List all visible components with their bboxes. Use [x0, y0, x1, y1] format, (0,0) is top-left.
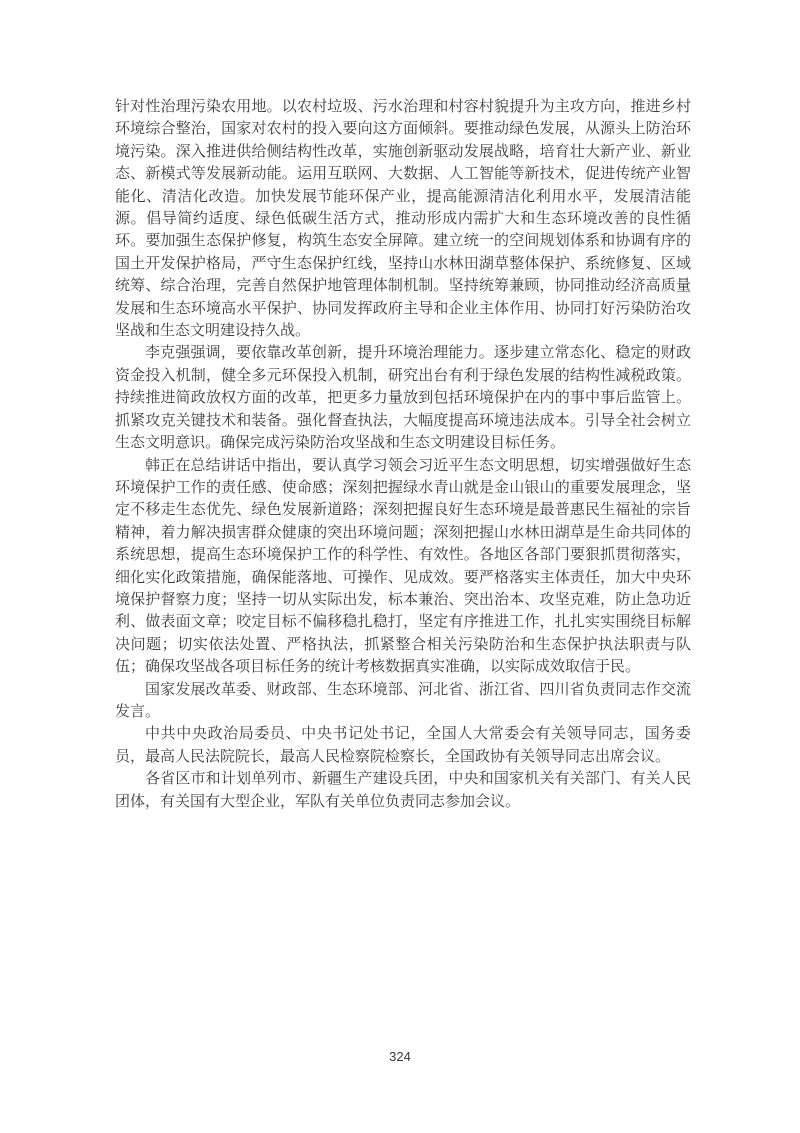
- page-number: 324: [0, 1049, 800, 1064]
- document-body: 针对性治理污染农用地。以农村垃圾、污水治理和村容村貌提升为主攻方向，推进乡村环境…: [115, 96, 691, 813]
- document-page: 针对性治理污染农用地。以农村垃圾、污水治理和村容村貌提升为主攻方向，推进乡村环境…: [0, 0, 800, 1133]
- paragraph-exchange-speeches: 国家发展改革委、财政部、生态环境部、河北省、浙江省、四川省负责同志作交流发言。: [115, 679, 691, 724]
- paragraph-hanzheng-remarks: 韩正在总结讲话中指出，要认真学习领会习近平生态文明思想，切实增强做好生态环境保护…: [115, 455, 691, 679]
- paragraph-likeqiang-remarks: 李克强强调，要依靠改革创新，提升环境治理能力。逐步建立常态化、稳定的财政资金投入…: [115, 342, 691, 454]
- paragraph-continuation: 针对性治理污染农用地。以农村垃圾、污水治理和村容村貌提升为主攻方向，推进乡村环境…: [115, 96, 691, 342]
- paragraph-participants: 各省区市和计划单列市、新疆生产建设兵团，中央和国家机关有关部门、有关人民团体，有…: [115, 768, 691, 813]
- paragraph-attendees: 中共中央政治局委员、中央书记处书记，全国人大常委会有关领导同志，国务委员，最高人…: [115, 723, 691, 768]
